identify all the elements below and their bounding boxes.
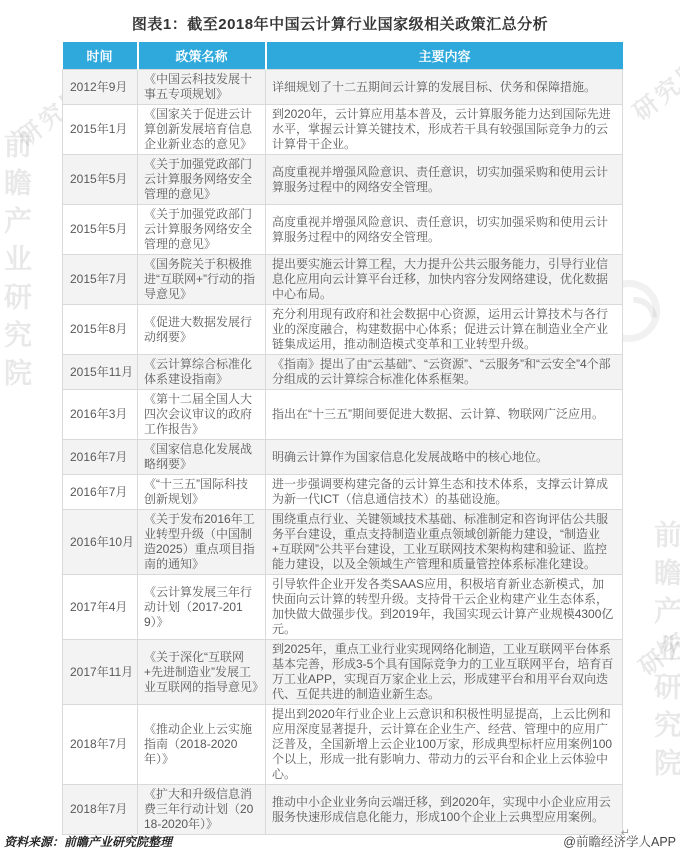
table-row: 2017年4月 《云计算发展三年行动计划（2017-2019）》 引导软件企业开… [63, 575, 623, 640]
policy-name-cell: 《关于加强党政部门云计算服务网络安全管理的意见》 [138, 205, 266, 255]
time-cell: 2018年7月 [63, 785, 138, 835]
table-row: 2016年7月 《国家信息化发展战略纲要》 明确云计算作为国家信息化发展战略中的… [63, 440, 623, 475]
policy-name-cell: 《关于加强党政部门云计算服务网络安全管理的意见》 [138, 155, 266, 205]
time-cell: 2017年11月 [63, 640, 138, 705]
main-content-cell: 详细规划了十二五期间云计算的发展目标、伏务和保障措施。 [266, 70, 623, 105]
policy-name-cell: 《关于发布2016年工业转型升级（中国制造2025）重点项目指南的通知》 [138, 510, 266, 575]
policy-name-cell: 《第十二届全国人大四次会议审议的政府工作报告》 [138, 390, 266, 440]
table-row: 2015年7月 《国务院关于积极推进“互联网+”行动的指导意见》 提出要实施云计… [63, 255, 623, 305]
watermark-text: 研究院 [630, 603, 680, 682]
policy-table: 时间 政策名称 主要内容 2012年9月 《中国云科技发展十事五专项规划》 详细… [62, 42, 623, 835]
main-content-cell: 《指南》提出了由“云基础”、“云资源”、“云服务”和“云安全”4个部分组成的云计… [266, 355, 623, 390]
main-content-cell: 提出到2020年行业企业上云意识和积极性明显提高，上云比例和应用深度显著提升，云… [266, 705, 623, 785]
policy-name-cell: 《扩大和升级信息消费三年行动计划（2018-2020年）》 [138, 785, 266, 835]
main-content-cell: 明确云计算作为国家信息化发展战略中的核心地位。 [266, 440, 623, 475]
table-row: 2018年7月 《推动企业上云实施指南（2018-2020年）》 提出到2020… [63, 705, 623, 785]
main-content-cell: 到2025年，重点工业行业实现网络化制造，工业互联网平台体系基本完善，形成3-5… [266, 640, 623, 705]
page-title: 图表1：截至2018年中国云计算行业国家级相关政策汇总分析 [0, 13, 680, 34]
policy-name-cell: 《推动企业上云实施指南（2018-2020年）》 [138, 705, 266, 785]
column-header-main-content: 主要内容 [266, 42, 623, 70]
main-content-cell: 引导软件企业开发各类SAAS应用，积极培育新业态新模式，加快面向云计算的转型升级… [266, 575, 623, 640]
table-row: 2012年9月 《中国云科技发展十事五专项规划》 详细规划了十二五期间云计算的发… [63, 70, 623, 105]
policy-name-cell: 《国务院关于积极推进“互联网+”行动的指导意见》 [138, 255, 266, 305]
policy-name-cell: 《“十三五”国际科技创新规划》 [138, 475, 266, 510]
time-cell: 2015年7月 [63, 255, 138, 305]
table-row: 2015年11月 《云计算综合标准化体系建设指南》 《指南》提出了由“云基础”、… [63, 355, 623, 390]
table-row: 2016年3月 《第十二届全国人大四次会议审议的政府工作报告》 指出在“十三五”… [63, 390, 623, 440]
time-cell: 2015年11月 [63, 355, 138, 390]
watermark-text: 研究院 [624, 48, 680, 127]
main-content-cell: 到2020年，云计算应用基本普及，云计算服务能力达到国际先进水平，掌握云计算关键… [266, 105, 623, 155]
time-cell: 2016年7月 [63, 475, 138, 510]
table-row: 2017年11月 《关于深化“互联网+先进制造业”发展工业互联网的指导意见》 到… [63, 640, 623, 705]
watermark-text: 前瞻产业研究院 [646, 520, 680, 786]
table-row: 2015年5月 《关于加强党政部门云计算服务网络安全管理的意见》 高度重视并增强… [63, 205, 623, 255]
watermark-text: 前瞻产业研究院 [0, 130, 36, 396]
time-cell: 2016年3月 [63, 390, 138, 440]
time-cell: 2012年9月 [63, 70, 138, 105]
policy-name-cell: 《云计算发展三年行动计划（2017-2019）》 [138, 575, 266, 640]
table-header-row: 时间 政策名称 主要内容 [63, 42, 623, 70]
time-cell: 2018年7月 [63, 705, 138, 785]
main-content-cell: 进一步强调要构建完备的云计算生态和技术体系，支撑云计算成为新一代ICT（信息通信… [266, 475, 623, 510]
time-cell: 2015年5月 [63, 155, 138, 205]
main-content-cell: 高度重视并增强风险意识、责任意识，切实加强采购和使用云计算服务过程中的网络安全管… [266, 155, 623, 205]
table-row: 2018年7月 《扩大和升级信息消费三年行动计划（2018-2020年）》 推动… [63, 785, 623, 835]
table-row: 2015年8月 《促进大数据发展行动纲要》 充分利用现有政府和社会数据中心资源，… [63, 305, 623, 355]
column-header-policy-name: 政策名称 [138, 42, 266, 70]
main-content-cell: 提出要实施云计算工程，大力提升公共云服务能力，引导行业信息化应用向云计算平台迁移… [266, 255, 623, 305]
source-note: 资料来源：前瞻产业研究院整理 [4, 833, 172, 850]
policy-name-cell: 《促进大数据发展行动纲要》 [138, 305, 266, 355]
main-content-cell: 围绕重点行业、关键领域技术基础、标准制定和咨询评估公共服务平台建设，重点支持制造… [266, 510, 623, 575]
table-row: 2016年10月 《关于发布2016年工业转型升级（中国制造2025）重点项目指… [63, 510, 623, 575]
footer: 资料来源：前瞻产业研究院整理 @前瞻经济学人APP [4, 832, 676, 850]
time-cell: 2017年4月 [63, 575, 138, 640]
table-row: 2015年5月 《关于加强党政部门云计算服务网络安全管理的意见》 高度重视并增强… [63, 155, 623, 205]
main-content-cell: 推动中小企业业务向云端迁移，到2020年，实现中小企业应用云服务快速形成信息化能… [266, 785, 623, 835]
policy-name-cell: 《云计算综合标准化体系建设指南》 [138, 355, 266, 390]
policy-name-cell: 《国家信息化发展战略纲要》 [138, 440, 266, 475]
column-header-time: 时间 [63, 42, 138, 70]
credit-note: @前瞻经济学人APP [563, 832, 676, 850]
main-content-cell: 充分利用现有政府和社会数据中心资源，运用云计算技术与各行业的深度融合，构建数据中… [266, 305, 623, 355]
time-cell: 2015年5月 [63, 205, 138, 255]
table-row: 2015年1月 《国家关于促进云计算创新发展培育信息企业新业态的意见》 到202… [63, 105, 623, 155]
main-content-cell: 指出在“十三五”期间要促进大数据、云计算、物联网广泛应用。 [266, 390, 623, 440]
table-row: 2016年7月 《“十三五”国际科技创新规划》 进一步强调要构建完备的云计算生态… [63, 475, 623, 510]
page: 前瞻产业研究院 前瞻产业研究院 研究院 研究院 前瞻产业研究院 前瞻产业研究院 … [0, 0, 680, 856]
time-cell: 2015年1月 [63, 105, 138, 155]
time-cell: 2015年8月 [63, 305, 138, 355]
policy-name-cell: 《国家关于促进云计算创新发展培育信息企业新业态的意见》 [138, 105, 266, 155]
time-cell: 2016年7月 [63, 440, 138, 475]
policy-name-cell: 《中国云科技发展十事五专项规划》 [138, 70, 266, 105]
main-content-cell: 高度重视并增强风险意识、责任意识，切实加强采购和使用云计算服务过程中的网络安全管… [266, 205, 623, 255]
time-cell: 2016年10月 [63, 510, 138, 575]
policy-name-cell: 《关于深化“互联网+先进制造业”发展工业互联网的指导意见》 [138, 640, 266, 705]
